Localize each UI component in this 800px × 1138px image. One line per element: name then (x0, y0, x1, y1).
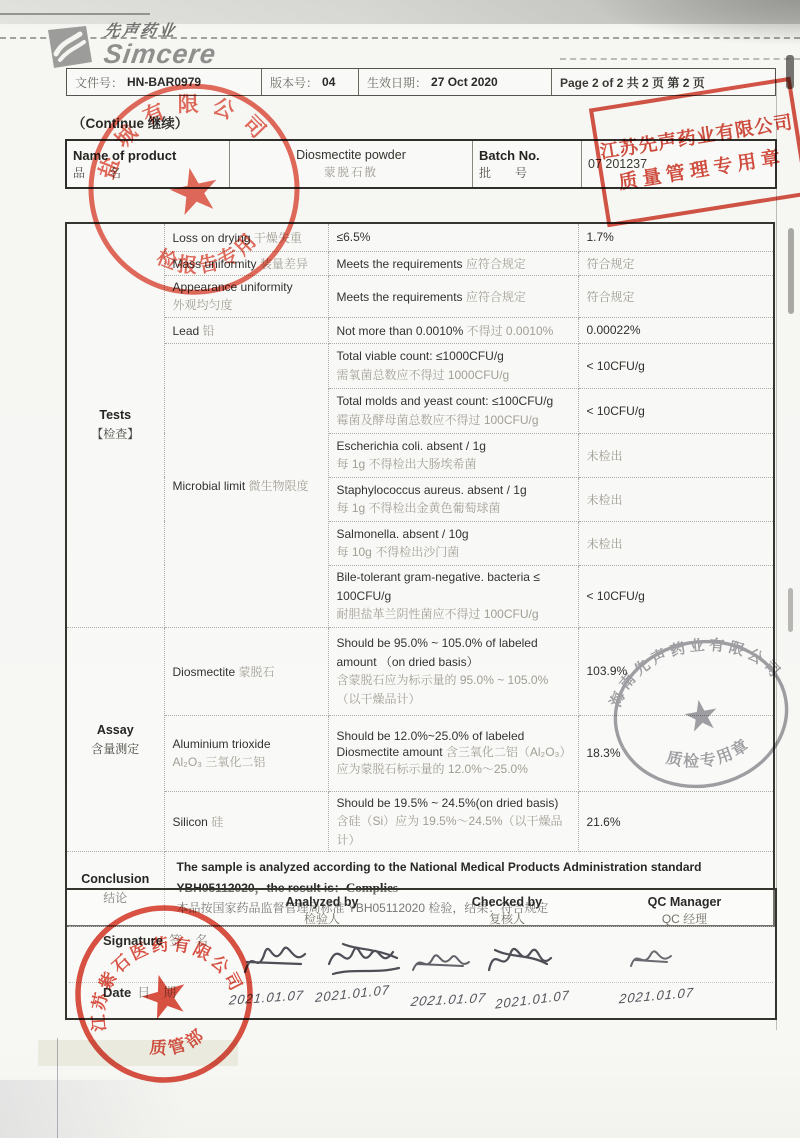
scan-streak (0, 1080, 260, 1138)
assay-standard-en: Should be 19.5% ~ 24.5%(on dried basis) (337, 794, 570, 813)
test-standard-en: Total molds and yeast count: ≤100CFU/g (337, 392, 570, 411)
analyzed-by-en: Analyzed by (227, 895, 417, 909)
test-standard-en: Not more than 0.0010% (337, 324, 464, 338)
test-result: 0.00022% (578, 317, 774, 343)
qc-manager-en: QC Manager (597, 895, 772, 909)
test-standard-cn: 耐胆盐革兰阴性菌应不得过 100CFU/g (337, 605, 570, 624)
test-standard-en: Meets the requirements (337, 290, 463, 304)
assay-section-cell: Assay 含量测定 (66, 627, 164, 852)
assay-section-en: Assay (75, 723, 156, 737)
test-standard-cell: ≤6.5% (328, 223, 578, 251)
assay-item-en: Silicon (173, 815, 208, 829)
page-info-cell: Page 2 of 2 共 2 页 第 2 页 (552, 69, 775, 95)
test-result: < 10CFU/g (578, 343, 774, 388)
table-row: Lead 铅 Not more than 0.0010% 不得过 0.0010%… (66, 317, 774, 343)
date-label-cn: 日 期 (137, 985, 176, 1000)
test-standard-en: Meets the requirements (337, 257, 463, 271)
batch-label-en: Batch No. (479, 148, 575, 163)
batch-label-cell: Batch No. 批 号 (473, 141, 582, 187)
test-item-cell: Lead 铅 (164, 317, 328, 343)
product-name-en: Diosmectite powder (236, 148, 466, 162)
page-info: Page 2 of 2 共 2 页 第 2 页 (560, 74, 705, 91)
handwritten-date: 2021.01.07 (228, 987, 304, 1007)
checked-by-en: Checked by (417, 895, 597, 909)
signature-scribble (409, 944, 475, 980)
logo-english-text: Simcere (102, 41, 218, 68)
assay-item-cell: Silicon 硅 (164, 791, 328, 852)
test-result: < 10CFU/g (578, 565, 774, 627)
test-item-cell: Appearance uniformity外观均匀度 (164, 275, 328, 317)
product-name-value-cell: Diosmectite powder 蒙脱石散 (230, 141, 473, 187)
analysis-table: Tests 【检查】 Loss on drying 干燥失重 ≤6.5% 1.7… (65, 222, 775, 927)
test-standard-cn: 每 1g 不得检出大肠埃希菌 (337, 455, 570, 474)
assay-item-cell: Diosmectite 蒙脱石 (164, 627, 328, 715)
test-standard-cn: 每 1g 不得检出金黄色葡萄球菌 (337, 499, 570, 518)
batch-number: 07 201237 (588, 157, 769, 171)
test-standard-en: Salmonella. absent / 10g (337, 525, 570, 544)
scan-artifact-line (560, 58, 800, 60)
assay-standard-cn: 含蒙脱石应为标示量的 95.0% ~ 105.0%（以干燥品计） (337, 671, 570, 708)
test-item-cn: 铅 (203, 324, 215, 338)
scanned-coa-page: 先声药业 Simcere 文件号： HN-BAR0979 版本号： 04 生效日… (0, 0, 800, 1138)
assay-standard-cell: Should be 95.0% ~ 105.0% of labeled amou… (328, 627, 578, 715)
test-standard-en: Escherichia coli. absent / 1g (337, 437, 570, 456)
product-table: Name of product 品 名 Diosmectite powder 蒙… (65, 139, 777, 189)
test-standard-cn: 应符合规定 (466, 290, 526, 304)
scan-discoloration (38, 1040, 238, 1066)
logo-chinese-text: 先声药业 (103, 24, 217, 40)
assay-result: 18.3% (578, 715, 774, 791)
assay-item-en: Diosmectite (173, 665, 236, 679)
version-value: 04 (322, 75, 335, 89)
assay-section-cn: 含量测定 (75, 740, 156, 757)
qc-manager-cn: QC 经理 (597, 910, 772, 927)
table-row: Appearance uniformity外观均匀度 Meets the req… (66, 275, 774, 317)
effective-date-value: 27 Oct 2020 (431, 75, 498, 89)
test-standard-en: Bile-tolerant gram-negative. bacteria ≤ … (337, 568, 570, 605)
effective-date-label: 生效日期： (367, 74, 427, 91)
doc-number-label: 文件号： (75, 74, 123, 91)
table-row: Aluminium trioxideAl₂O₃ 三氧化二铝 Should be … (66, 715, 774, 791)
signature-scribble (481, 938, 557, 982)
test-result: 1.7% (578, 223, 774, 251)
signature-left-column: Signature签 名 Date日 期 (67, 890, 227, 1018)
test-standard-cell: Total viable count: ≤1000CFU/g需氧菌总数应不得过 … (328, 343, 578, 388)
simcere-logo-icon (42, 24, 96, 70)
test-result: 符合规定 (578, 275, 774, 317)
test-standard-cn: 应符合规定 (466, 257, 526, 271)
table-row: Silicon 硅 Should be 19.5% ~ 24.5%(on dri… (66, 791, 774, 852)
assay-item-en: Aluminium trioxide (173, 735, 320, 754)
test-standard-cell: Not more than 0.0010% 不得过 0.0010% (328, 317, 578, 343)
assay-item-cell: Aluminium trioxideAl₂O₃ 三氧化二铝 (164, 715, 328, 791)
signature-scribble (239, 938, 317, 980)
microbial-limit-cn: 微生物限度 (249, 479, 309, 493)
test-standard-en: Staphylococcus aureus. absent / 1g (337, 481, 570, 500)
date-label-row: Date日 期 (103, 982, 176, 1001)
scan-artifact-line (0, 13, 150, 15)
test-standard-cell: Escherichia coli. absent / 1g每 1g 不得检出大肠… (328, 433, 578, 477)
version-cell: 版本号： 04 (262, 69, 359, 95)
product-name-cn: 蒙脱石散 (236, 164, 466, 180)
checked-by-header: Checked by 复核人 (417, 895, 597, 927)
continue-label: （Continue 继续） (72, 112, 188, 132)
test-standard-cn: 不得过 0.0010% (467, 324, 554, 338)
handwritten-date: 2021.01.07 (618, 985, 694, 1007)
analyzed-by-header: Analyzed by 检验人 (227, 895, 417, 927)
test-item-cn: 装量差异 (260, 257, 308, 271)
test-item-cn: 干燥失重 (254, 231, 302, 245)
qc-manager-header: QC Manager QC 经理 (597, 895, 772, 927)
assay-item-cn: Al₂O₃ 三氧化二铝 (173, 753, 320, 772)
test-standard-cell: Staphylococcus aureus. absent / 1g每 1g 不… (328, 477, 578, 521)
handwritten-date: 2021.01.07 (315, 982, 390, 1005)
test-standard-cell: Salmonella. absent / 10g每 10g 不得检出沙门菌 (328, 521, 578, 565)
test-item-en: Lead (173, 324, 200, 338)
test-standard-en: ≤6.5% (337, 230, 371, 244)
table-row: Mass uniformity 装量差异 Meets the requireme… (66, 251, 774, 275)
test-result: 未检出 (578, 521, 774, 565)
test-standard-cell: Bile-tolerant gram-negative. bacteria ≤ … (328, 565, 578, 627)
test-standard-cell: Total molds and yeast count: ≤100CFU/g霉菌… (328, 388, 578, 433)
test-result: 未检出 (578, 477, 774, 521)
conclusion-line1: The sample is analyzed according to the … (177, 858, 762, 877)
company-logo: 先声药业 Simcere (42, 24, 216, 70)
product-name-label-cn: 品 名 (73, 164, 223, 181)
test-item-cell: Loss on drying 干燥失重 (164, 223, 328, 251)
scan-corner-shadow (590, 0, 800, 46)
test-result: < 10CFU/g (578, 388, 774, 433)
assay-standard-cn: 含硅（Si）应为 19.5%～24.5%（以干燥品计） (337, 812, 570, 849)
assay-standard-en: Should be 95.0% ~ 105.0% of labeled amou… (337, 634, 570, 671)
test-standard-cell: Meets the requirements 应符合规定 (328, 251, 578, 275)
assay-standard-cell: Should be 12.0%~25.0% of labeled Diosmec… (328, 715, 578, 791)
table-row: Tests 【检查】 Loss on drying 干燥失重 ≤6.5% 1.7… (66, 223, 774, 251)
scan-edge-mark (786, 55, 794, 89)
signature-label-row: Signature签 名 (103, 930, 208, 949)
table-row: Assay 含量测定 Diosmectite 蒙脱石 Should be 95.… (66, 627, 774, 715)
handwritten-date: 2021.01.07 (495, 987, 570, 1011)
test-standard-en: Total viable count: ≤1000CFU/g (337, 347, 570, 366)
assay-item-cn: 硅 (211, 815, 223, 829)
scan-edge-mark (788, 228, 794, 314)
assay-result: 103.9% (578, 627, 774, 715)
test-item-cell: Mass uniformity 装量差异 (164, 251, 328, 275)
microbial-limit-en: Microbial limit (173, 479, 246, 493)
test-result: 未检出 (578, 433, 774, 477)
product-name-label-en: Name of product (73, 148, 223, 163)
assay-standard-cell: Should be 19.5% ~ 24.5%(on dried basis)含… (328, 791, 578, 852)
test-item-en: Mass uniformity (173, 257, 257, 271)
assay-item-cn: 蒙脱石 (239, 665, 275, 679)
signature-label-en: Signature (103, 933, 163, 948)
document-meta-bar: 文件号： HN-BAR0979 版本号： 04 生效日期： 27 Oct 202… (66, 68, 776, 96)
tests-section-cell: Tests 【检查】 (66, 223, 164, 627)
signature-label-cn: 签 名 (169, 933, 208, 948)
test-standard-cn: 霉菌及酵母菌总数应不得过 100CFU/g (337, 411, 570, 430)
tests-section-en: Tests (75, 408, 156, 422)
batch-value-cell: 07 201237 (582, 141, 775, 187)
test-item-en: Appearance uniformity (173, 278, 320, 297)
product-name-label-cell: Name of product 品 名 (67, 141, 230, 187)
test-standard-cell: Meets the requirements 应符合规定 (328, 275, 578, 317)
analyzed-by-cn: 检验人 (227, 910, 417, 927)
effective-date-cell: 生效日期： 27 Oct 2020 (359, 69, 552, 95)
test-result: 符合规定 (578, 251, 774, 275)
signature-table: Signature签 名 Date日 期 Analyzed by 检验人 Che… (65, 888, 777, 1020)
test-item-cn: 外观均匀度 (173, 296, 320, 315)
test-standard-cn: 需氧菌总数应不得过 1000CFU/g (337, 366, 570, 385)
checked-by-cn: 复核人 (417, 910, 597, 927)
doc-number-cell: 文件号： HN-BAR0979 (67, 69, 262, 95)
version-label: 版本号： (270, 74, 318, 91)
tests-section-cn: 【检查】 (75, 425, 156, 442)
scan-edge-mark (788, 588, 793, 632)
assay-result: 21.6% (578, 791, 774, 852)
batch-label-cn: 批 号 (479, 164, 575, 181)
doc-number-value: HN-BAR0979 (127, 75, 201, 89)
test-standard-cn: 每 10g 不得检出沙门菌 (337, 543, 570, 562)
signature-scribble (323, 934, 407, 980)
date-label-en: Date (103, 985, 131, 1000)
test-item-en: Loss on drying (173, 231, 251, 245)
handwritten-date: 2021.01.07 (410, 990, 487, 1009)
microbial-limit-cell: Microbial limit 微生物限度 (164, 343, 328, 627)
conclusion-label-en: Conclusion (75, 872, 156, 886)
signature-scribble (623, 942, 679, 976)
table-row: Microbial limit 微生物限度 Total viable count… (66, 343, 774, 388)
